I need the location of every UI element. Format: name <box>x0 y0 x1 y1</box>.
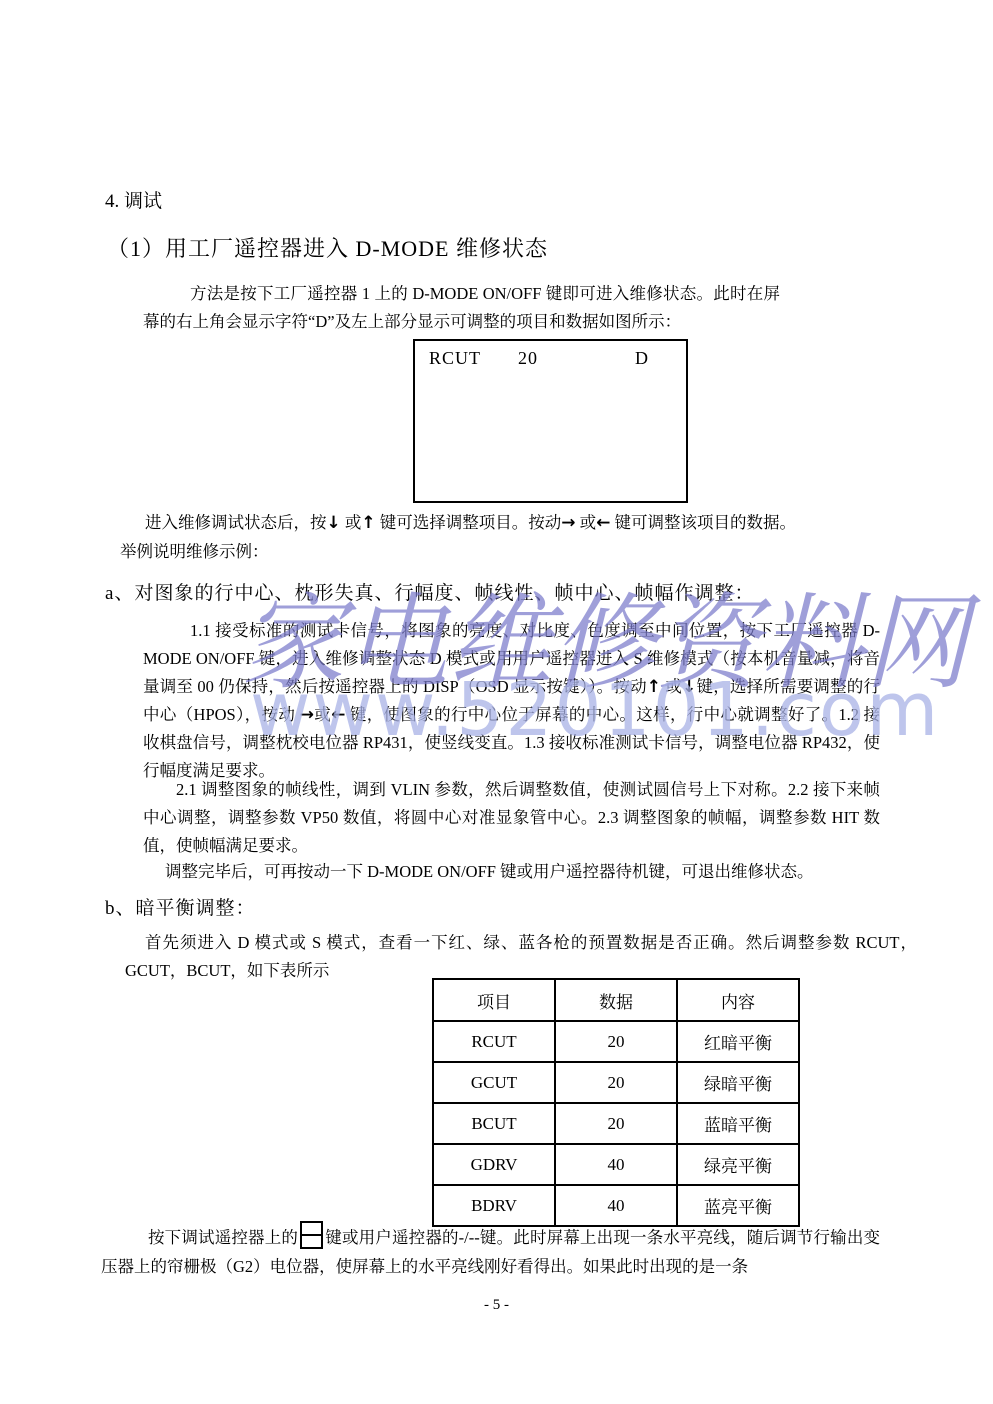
table-cell: GDRV <box>433 1144 555 1185</box>
table-header-cell: 数据 <box>555 979 677 1021</box>
table-row: RCUT 20 红暗平衡 <box>433 1021 799 1062</box>
table-cell: BCUT <box>433 1103 555 1144</box>
footer-text: 按下调试遥控器上的 <box>148 1228 298 1247</box>
table-cell: 40 <box>555 1185 677 1226</box>
item-a-marker: a、 <box>105 583 134 604</box>
up-arrow-icon: ↑ <box>647 677 661 697</box>
table-cell: 20 <box>555 1103 677 1144</box>
subsection-heading: （1）用工厂遥控器进入 D-MODE 维修状态 <box>107 232 548 263</box>
press-keys-text: 键可调整该项目的数据。 <box>610 513 796 532</box>
right-arrow-icon: → <box>300 705 314 725</box>
left-arrow-icon: ← <box>331 705 345 725</box>
left-arrow-icon: ← <box>596 513 610 533</box>
page-number: - 5 - <box>0 1297 993 1314</box>
item-b-paragraph: 首先须进入 D 模式或 S 模式，查看一下红、绿、蓝各枪的预置数据是否正确。然后… <box>125 929 917 985</box>
example-intro-line: 举例说明维修示例： <box>120 538 920 566</box>
item-a-paragraph-1: 1.1 接受标准的测试卡信号，将图象的亮度、对比度、色度调至中间位置，按下工厂遥… <box>143 617 880 785</box>
press-keys-text: 或 <box>341 513 362 532</box>
section-heading: 4. 调试 <box>105 186 162 213</box>
item-b-title: 暗平衡调整： <box>136 898 256 919</box>
item-b-marker: b、 <box>105 898 136 919</box>
osd-item-value: 20 <box>518 348 538 369</box>
down-arrow-icon: ↓ <box>327 513 341 533</box>
balance-table: 项目 数据 内容 RCUT 20 红暗平衡 GCUT 20 绿暗平衡 BCUT … <box>432 978 800 1227</box>
table-row: GDRV 40 绿亮平衡 <box>433 1144 799 1185</box>
intro-paragraph: 方法是按下工厂遥控器 1 上的 D-MODE ON/OFF 键即可进入维修状态。… <box>143 280 780 336</box>
item-a-paragraph-2: 2.1 调整图象的帧线性，调到 VLIN 参数，然后调整数值，使测试圆信号上下对… <box>143 776 880 860</box>
table-cell: BDRV <box>433 1185 555 1226</box>
table-cell: 蓝亮平衡 <box>677 1185 799 1226</box>
item-a-title: 对图象的行中心、枕形失真、行幅度、帧线性、帧中心、帧幅作调整： <box>134 583 754 604</box>
table-row: BDRV 40 蓝亮平衡 <box>433 1185 799 1226</box>
table-cell: 20 <box>555 1021 677 1062</box>
footer-paragraph: 按下调试遥控器上的键或用户遥控器的-/--键。此时屏幕上出现一条水平亮线，随后调… <box>101 1221 880 1281</box>
table-header-cell: 项目 <box>433 979 555 1021</box>
table-header-row: 项目 数据 内容 <box>433 979 799 1021</box>
item-b-heading: b、暗平衡调整： <box>105 893 256 920</box>
osd-mode-flag: D <box>635 348 649 369</box>
right-arrow-icon: → <box>561 513 575 533</box>
up-arrow-icon: ↑ <box>361 513 375 533</box>
para-a1-text: 或 <box>661 677 682 696</box>
item-a-heading: a、对图象的行中心、枕形失真、行幅度、帧线性、帧中心、帧幅作调整： <box>105 578 754 605</box>
down-arrow-icon: ↓ <box>682 677 696 697</box>
table-cell: 绿暗平衡 <box>677 1062 799 1103</box>
table-cell: RCUT <box>433 1021 555 1062</box>
osd-item-name: RCUT <box>429 348 481 369</box>
para-a1-text: 或 <box>314 705 331 724</box>
press-keys-text: 或 <box>576 513 597 532</box>
table-cell: 绿亮平衡 <box>677 1144 799 1185</box>
split-box-key-icon <box>300 1221 323 1249</box>
table-cell: 蓝暗平衡 <box>677 1103 799 1144</box>
table-cell: 红暗平衡 <box>677 1021 799 1062</box>
item-a-paragraph-3: 调整完毕后，可再按动一下 D-MODE ON/OFF 键或用户遥控器待机键，可退… <box>143 858 903 886</box>
table-row: BCUT 20 蓝暗平衡 <box>433 1103 799 1144</box>
press-keys-text: 键可选择调整项目。按动 <box>376 513 562 532</box>
press-keys-text: 进入维修调试状态后，按 <box>145 513 327 532</box>
table-row: GCUT 20 绿暗平衡 <box>433 1062 799 1103</box>
document-page: 家电维修资料网 www.520101.com 4. 调试 （1）用工厂遥控器进入… <box>0 0 993 1404</box>
table-cell: 20 <box>555 1062 677 1103</box>
press-keys-paragraph: 进入维修调试状态后，按↓ 或↑ 键可选择调整项目。按动→ 或← 键可调整该项目的… <box>120 509 920 537</box>
table-cell: 40 <box>555 1144 677 1185</box>
osd-screen-box: RCUT 20 D <box>413 339 688 503</box>
table-header-cell: 内容 <box>677 979 799 1021</box>
table-cell: GCUT <box>433 1062 555 1103</box>
